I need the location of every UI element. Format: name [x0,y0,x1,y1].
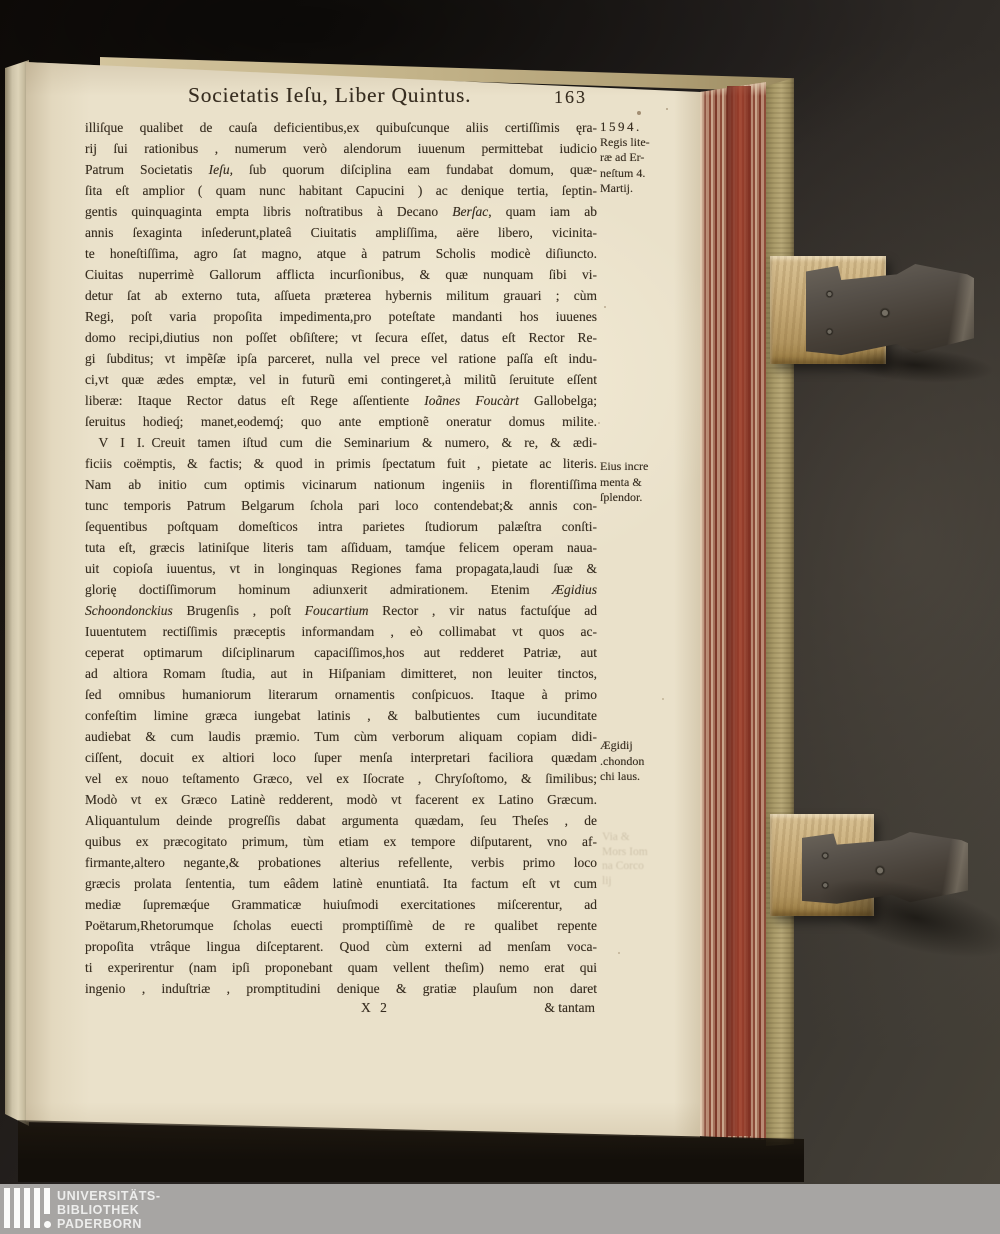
vellum-cover-edge [766,72,794,1146]
body-line: quibus ex præcogitato primum, tùm etiam … [85,831,597,852]
body-line: Iuuentutem rectiſſimis præceptis informa… [85,621,597,642]
book: Societatis Ieſu, Liber Quintus. 163 illi… [0,0,1000,1234]
body-line: audiebat & cum laudis præmio. Tum cùm ve… [85,726,597,747]
body-line: tuta eſt, græcis latiniſque literis tam … [85,537,597,558]
body-line: ſeruitus hodieq́; manet,eodemq́; quo ant… [85,411,597,432]
body-line: ciſſent, docuit ex altiori loco ſuper me… [85,747,597,768]
margin-note-increments: Eius incrementa &ſplendor. [600,459,676,506]
body-line: gentis quinquaginta empta libris noſtrat… [85,201,597,222]
body-line: Schoondonckius Brugenſis , poſt Foucarti… [85,600,597,621]
body-line: ſed omnibus humaniorum literarum ornamen… [85,684,597,705]
body-line: ſequentibus poſtquam domeſticos intra pa… [85,516,597,537]
body-line: ingenio , induſtriæ , promptitudini deni… [85,978,597,999]
margin-note-royal-letters: 1594.Regis lite-ræ ad Er-neſtum 4.Martij… [600,119,676,197]
signature-mark: X 2 [361,1000,390,1016]
body-line: ficiis coëmptis, & factis; & quod in pri… [85,453,597,474]
signature-row: X 2 & tantam [85,1000,597,1022]
body-line: te honeſtiſſima, agro ſat magno, atque à… [85,243,597,264]
body-line: Ciuitas nuperrimè Gallorum afflicta incu… [85,264,597,285]
body-line: Modò vt ex Græco Latinè redderent, modò … [85,789,597,810]
body-line: græcis prolata ſententia, tum eâdem lati… [85,873,597,894]
body-line: Nam ab initio cum optimis vicinarum nati… [85,474,597,495]
library-name: UNIVERSITÄTS-BIBLIOTHEKPADERBORN [57,1189,161,1231]
book-gutter-edge [5,60,29,1128]
page: Societatis Ieſu, Liber Quintus. 163 illi… [26,50,700,1142]
body-line: mediæ ſupremæq́ue Grammaticæ huiuſmodi e… [85,894,597,915]
body-line: V I I. Creuit tamen iſtud cum die Semina… [85,432,597,453]
body-line: propoſita vtrâque lingua diſceptarent. Q… [85,936,597,957]
body-line: firmante,altero negante,& probationes al… [85,852,597,873]
body-line: liberæ: Itaque Rector datus eſt Rege aſſ… [85,390,597,411]
body-line: illiſque qualibet de cauſa deficientibus… [85,117,597,138]
body-text: illiſque qualibet de cauſa deficientibus… [85,117,597,999]
body-line: ad altiora Romam ſtudia, aut in Hiſpania… [85,663,597,684]
page-number: 163 [554,87,587,108]
body-line: glorię doctiſſimorum hominum adiunxerit … [85,579,597,600]
show-through-text: Via &Mors Iomna Corcolij [602,830,672,888]
foxing-specks [26,50,28,52]
running-title: Societatis Ieſu, Liber Quintus. [188,83,471,108]
body-line: Patrum Societatis Ieſu, ſub quorum diſci… [85,159,597,180]
body-line: ceperat optimarum diſciplinarum capaciſſ… [85,642,597,663]
book-scan-photo: Societatis Ieſu, Liber Quintus. 163 illi… [0,0,1000,1234]
body-line: vel ex nouo teſtamento Græco, vel ex Iſo… [85,768,597,789]
clasp-shadow-top [835,343,995,388]
catchword: & tantam [544,1000,595,1016]
body-line: Aliquantulum deinde progreſſis dabat arg… [85,810,597,831]
margin-note-aegidius: Ægidij.chondonchi laus. [600,738,676,785]
body-line: domo recipi,diutius non poſſet obſiſtere… [85,327,597,348]
body-line: detur ſat ab externo tuta, aſſueta præte… [85,285,597,306]
body-line: ti experirentur (nam ipſi proponebant qu… [85,957,597,978]
body-line: ci,vt quæ ædes emptæ, vel in futurũ emi … [85,369,597,390]
body-line: annis ſexaginta inſederunt,plateâ Ciuita… [85,222,597,243]
body-line: Poëtarum,Rhetorumque ſcholas euecti prom… [85,915,597,936]
body-line: ſita eſt amplior ( quam nunc habitant Ca… [85,180,597,201]
body-line: gi ſubditus; vt impẽſæ ipſa parceret, nu… [85,348,597,369]
footer-bar: UNIVERSITÄTS-BIBLIOTHEKPADERBORN [0,1184,1000,1234]
library-logo-icon [4,1188,50,1232]
body-line: uit copioſa iuuentus, vt in longinquas R… [85,558,597,579]
body-line: tunc temporis Patrum Belgarum ſchola par… [85,495,597,516]
body-line: Regi, poſt varia propoſita impedimenta,p… [85,306,597,327]
body-line: confeſtim limine græca iungebat latinis … [85,705,597,726]
body-line: rij ſui rationibus , numerum verò alendo… [85,138,597,159]
clasp-metal-top [806,264,974,358]
fore-edge-red-band [727,86,751,1136]
